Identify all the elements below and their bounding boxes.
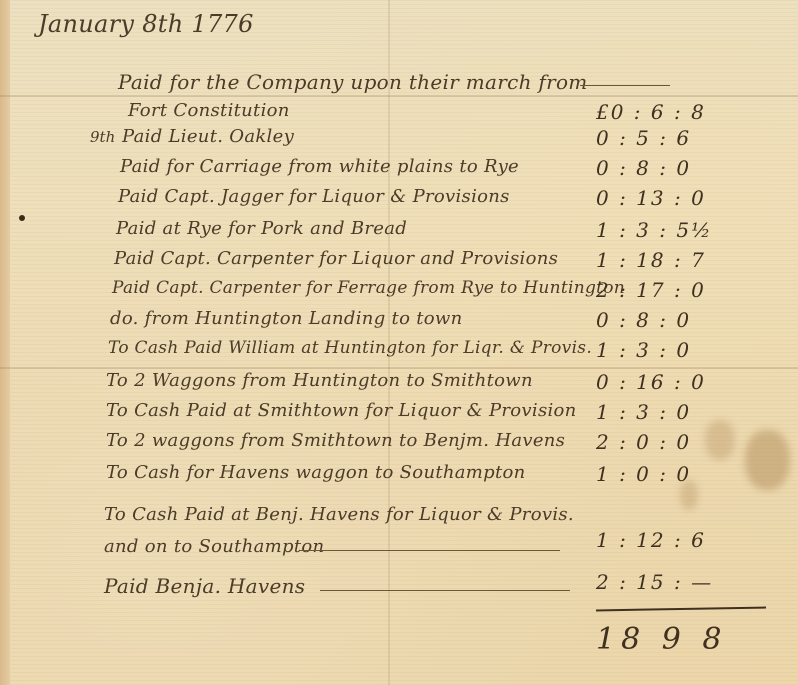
entry-amount: £0 : 6 : 8: [596, 100, 706, 124]
entry-amount: 1 : 0 : 0: [596, 462, 691, 486]
entry-amount: 1 : 3 : 5½: [596, 218, 712, 242]
entry-text: To Cash Paid William at Huntington for L…: [108, 338, 592, 358]
ink-blot: [19, 215, 25, 221]
entry-amount: 1 : 18 : 7: [596, 248, 706, 272]
fold-crease: [0, 95, 798, 97]
entry-day: 9th: [90, 128, 115, 146]
manuscript-page: January 8th 1776 Paid for the Company up…: [0, 0, 798, 685]
sum-line: [596, 607, 766, 612]
entry-amount: 0 : 5 : 6: [596, 126, 691, 150]
entry-text: Paid Capt. Carpenter for Liquor and Prov…: [114, 248, 558, 269]
entry-amount: 1 : 3 : 0: [596, 400, 691, 424]
entry-text: To 2 waggons from Smithtown to Benjm. Ha…: [106, 430, 565, 451]
entry-text: and on to Southampton: [104, 536, 324, 557]
entry-text: Paid Benja. Havens: [104, 574, 305, 598]
entry-amount: 0 : 8 : 0: [596, 308, 691, 332]
entry-amount: 0 : 8 : 0: [596, 156, 691, 180]
entry-amount: 1 : 12 : 6: [596, 528, 706, 552]
entry-text: Paid Capt. Jagger for Liquor & Provision…: [118, 186, 510, 207]
document-heading: Paid for the Company upon their march fr…: [118, 70, 588, 94]
entry-amount: 2 : 17 : 0: [596, 278, 706, 302]
entry-amount: 0 : 13 : 0: [596, 186, 706, 210]
entry-text: To Cash for Havens waggon to Southampton: [106, 462, 526, 483]
entry-amount: 2 : 15 : —: [596, 570, 713, 594]
entry-text: To Cash Paid at Smithtown for Liquor & P…: [106, 400, 577, 421]
entry-text: Paid Capt. Carpenter for Ferrage from Ry…: [112, 278, 625, 298]
line-filler: [300, 550, 560, 551]
entry-text: Fort Constitution: [128, 100, 290, 121]
total-amount: 18 9 8: [596, 622, 727, 657]
document-date: January 8th 1776: [38, 10, 254, 38]
entry-text: To 2 Waggons from Huntington to Smithtow…: [106, 370, 533, 391]
entry-text: do. from Huntington Landing to town: [110, 308, 463, 329]
entry-amount: 2 : 0 : 0: [596, 430, 691, 454]
fold-crease: [0, 367, 798, 369]
entry-text: Paid at Rye for Pork and Bread: [116, 218, 407, 239]
entry-amount: 1 : 3 : 0: [596, 338, 691, 362]
ink-stain: [705, 420, 735, 460]
entry-text: Paid for Carriage from white plains to R…: [120, 156, 519, 177]
line-filler: [580, 85, 670, 86]
entry-amount: 0 : 16 : 0: [596, 370, 706, 394]
entry-text: To Cash Paid at Benj. Havens for Liquor …: [104, 504, 574, 525]
line-filler: [320, 590, 570, 591]
ink-stain: [745, 430, 790, 490]
paper-edge: [0, 0, 10, 685]
entry-text: Paid Lieut. Oakley: [122, 126, 294, 147]
